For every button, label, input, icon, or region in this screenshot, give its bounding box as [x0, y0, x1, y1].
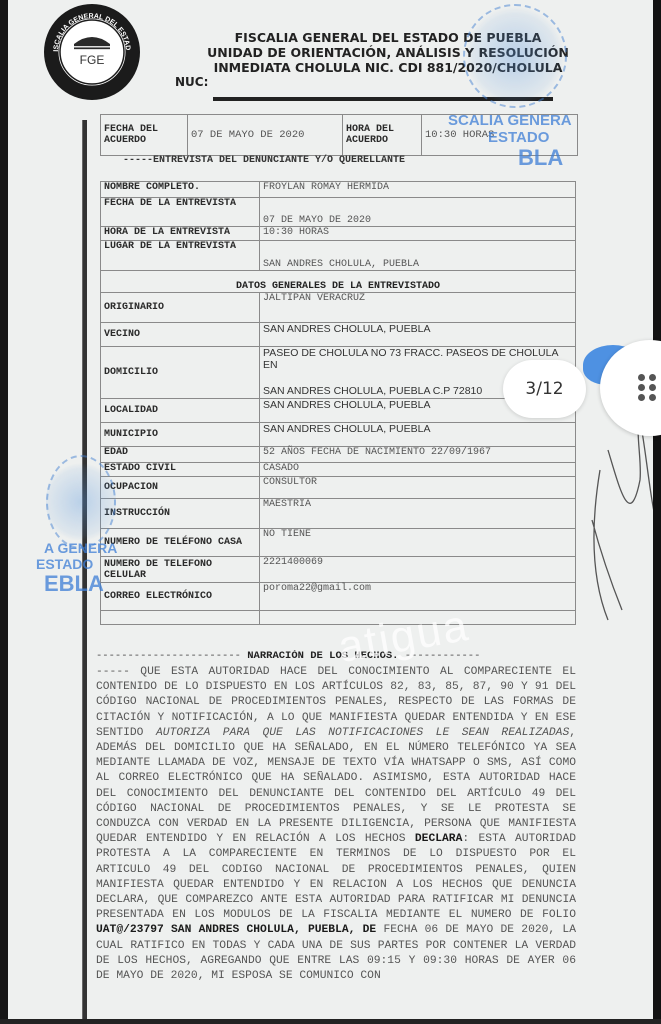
table-row: INSTRUCCIÓNMAESTRIA [101, 499, 576, 529]
row-label: HORA DE LA ENTREVISTA [101, 227, 260, 241]
row-label: MUNICIPIO [101, 423, 260, 447]
row-label: NUMERO DE TELEFONO CELULAR [101, 557, 260, 583]
stamp-left: A GENERA ESTADO EBLA [44, 540, 117, 596]
table-row: LOCALIDADSAN ANDRES CHOLULA, PUEBLA [101, 399, 576, 423]
row-value: 2221400069 [260, 557, 576, 583]
row-value: NO TIENE [260, 529, 576, 557]
row-label: FECHA DE LA ENTREVISTA [101, 198, 260, 227]
table-row: HORA DE LA ENTREVISTA10:30 HORAS [101, 227, 576, 241]
row-value: MAESTRIA [260, 499, 576, 529]
emblem-stamp-top [463, 4, 567, 108]
row-label: ESTADO CIVIL [101, 463, 260, 477]
fecha-acuerdo-label: FECHA DEL ACUERDO [101, 115, 188, 156]
table-row: NOMBRE COMPLETO.FROYLAN ROMAY HERMIDA [101, 182, 576, 198]
row-value: SAN ANDRES CHOLULA, PUEBLA [260, 323, 576, 347]
table-row: LUGAR DE LA ENTREVISTASAN ANDRES CHOLULA… [101, 241, 576, 271]
row-label: EDAD [101, 447, 260, 463]
table-row: CORREO ELECTRÓNICOporoma22@gmail.com [101, 583, 576, 611]
table-row: VECINOSAN ANDRES CHOLULA, PUEBLA [101, 323, 576, 347]
general-section-title: DATOS GENERALES DE LA ENTREVISTADO [101, 271, 576, 293]
row-label: NOMBRE COMPLETO. [101, 182, 260, 198]
table-row: EDAD52 AÑOS FECHA DE NACIMIENTO 22/09/19… [101, 447, 576, 463]
narration-body: ----- QUE ESTA AUTORIDAD HACE DEL CONOCI… [96, 665, 576, 984]
nuc-label: NUC: [175, 75, 208, 90]
table-row: ESTADO CIVILCASADO [101, 463, 576, 477]
row-value: CASADO [260, 463, 576, 477]
row-value: SAN ANDRES CHOLULA, PUEBLA [260, 241, 576, 271]
row-label: DOMICILIO [101, 347, 260, 399]
interview-section-title: -----ENTREVISTA DEL DENUNCIANTE Y/O QUER… [123, 155, 405, 166]
row-value: SAN ANDRES CHOLULA, PUEBLA [260, 423, 576, 447]
signature [580, 410, 653, 640]
row-label: OCUPACION [101, 477, 260, 499]
table-row: ORIGINARIOJALTIPAN VERACRUZ [101, 293, 576, 323]
narration-title: ----------------------- NARRACIÓN DE LOS… [96, 650, 576, 662]
row-value: poroma22@gmail.com [260, 583, 576, 611]
page-indicator-text: 3/12 [525, 379, 563, 399]
general-section-row: DATOS GENERALES DE LA ENTREVISTADO [101, 271, 576, 293]
row-label: LUGAR DE LA ENTREVISTA [101, 241, 260, 271]
screen-edge-left [0, 0, 8, 1024]
table-row: NUMERO DE TELÉFONO CASANO TIENE [101, 529, 576, 557]
row-label: ORIGINARIO [101, 293, 260, 323]
row-value: CONSULTOR [260, 477, 576, 499]
table-row: FECHA DE LA ENTREVISTA07 DE MAYO DE 2020 [101, 198, 576, 227]
row-label: LOCALIDAD [101, 399, 260, 423]
screen-edge-bottom [0, 1019, 661, 1024]
page-indicator[interactable]: 3/12 [503, 360, 586, 418]
fge-seal-icon: FISCALIA GENERAL DEL ESTADO FGE [40, 0, 144, 104]
document-page: FISCALIA GENERAL DEL ESTADO FGE FISCALIA… [8, 0, 653, 1024]
row-label: NUMERO DE TELÉFONO CASA [101, 529, 260, 557]
svg-text:FGE: FGE [80, 53, 105, 67]
row-value: JALTIPAN VERACRUZ [260, 293, 576, 323]
table-row: OCUPACIONCONSULTOR [101, 477, 576, 499]
fecha-acuerdo-value: 07 DE MAYO DE 2020 [188, 115, 343, 156]
row-value: FROYLAN ROMAY HERMIDA [260, 182, 576, 198]
interview-table: NOMBRE COMPLETO.FROYLAN ROMAY HERMIDAFEC… [100, 181, 576, 625]
grid-icon [638, 374, 657, 401]
row-value: 52 AÑOS FECHA DE NACIMIENTO 22/09/1967 [260, 447, 576, 463]
row-label: CORREO ELECTRÓNICO [101, 583, 260, 611]
row-value: 07 DE MAYO DE 2020 [260, 198, 576, 227]
table-row: NUMERO DE TELEFONO CELULAR2221400069 [101, 557, 576, 583]
screen-edge-right [653, 0, 661, 1024]
emblem-stamp-left [46, 455, 116, 549]
row-label: VECINO [101, 323, 260, 347]
row-value: 10:30 HORAS [260, 227, 576, 241]
hora-acuerdo-label: HORA DEL ACUERDO [343, 115, 422, 156]
stamp-top-right: SCALIA GENERA ESTADO BLA [448, 112, 572, 170]
row-label: INSTRUCCIÓN [101, 499, 260, 529]
table-row: MUNICIPIOSAN ANDRES CHOLULA, PUEBLA [101, 423, 576, 447]
